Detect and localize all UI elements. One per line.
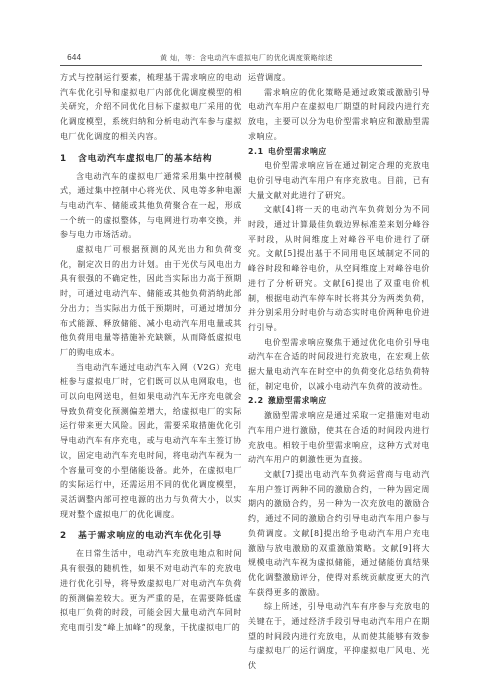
- paragraph: 文献[7]提出电动汽车负荷运营商与电动汽车用户签订两种不同的激励合约，一种为固定…: [248, 468, 430, 600]
- subsection-title: 激励型需求响应: [268, 396, 327, 405]
- paragraph: 需求响应的优化策略是通过政策或激励引导电动汽车用户在虚拟电厂期望的时间段内进行充…: [248, 86, 430, 145]
- paragraph: 电价型需求响应聚焦于通过优化电价引导电动汽车在合适的时间段进行充放电，在宏观上依…: [248, 336, 430, 395]
- paragraph: 当电动汽车通过电动汽车入网（V2G）充电桩参与虚拟电厂时，它们既可以从电网取电，…: [60, 361, 242, 523]
- paragraph: 方式与控制运行要素，梳理基于需求响应的电动汽车优化引导和虚拟电厂内部优化调度模型…: [60, 71, 242, 145]
- paragraph: 文献[4]将一天的电动汽车负荷划分为不同时段，通过计算最佳负载边界标准差来划分峰…: [248, 203, 430, 335]
- paragraph: 在日常生活中，电动汽车充放电地点和时间具有很强的随机性，如果不对电动汽车的充放电…: [60, 547, 242, 635]
- right-column: 运营调度。 需求响应的优化策略是通过政策或激励引导电动汽车用户在虚拟电厂期望的时…: [248, 71, 430, 673]
- paragraph: 电价型需求响应旨在通过制定合理的充放电电价引导电动汽车用户有序充放电。目前，已有…: [248, 159, 430, 203]
- section-number: 1: [60, 151, 78, 167]
- page-header: 644 黄 灿，等：含电动汽车虚拟电厂的优化调度策略综述: [60, 51, 422, 66]
- subsection-heading-2-2: 2.2激励型需求响应: [248, 394, 430, 409]
- subsection-title: 电价型需求响应: [268, 147, 327, 156]
- running-title: 黄 灿，等：含电动汽车虚拟电厂的优化调度策略综述: [160, 53, 422, 63]
- paragraph: 激励型需求响应是通过采取一定措施对电动汽车用户进行激励，使其在合适的时间段内进行…: [248, 409, 430, 468]
- paragraph: 综上所述，引导电动汽车有序参与充放电的关键在于，通过经济手段引导电动汽车用户在期…: [248, 600, 430, 673]
- subsection-heading-2-1: 2.1电价型需求响应: [248, 145, 430, 160]
- subsection-number: 2.1: [248, 145, 268, 160]
- subsection-number: 2.2: [248, 394, 268, 409]
- left-column: 方式与控制运行要素，梳理基于需求响应的电动汽车优化引导和虚拟电厂内部优化调度模型…: [60, 71, 242, 636]
- paragraph: 虚拟电厂可根据预测的风光出力和负荷变化，制定次日的出力计划。由于光伏与风电出力具…: [60, 243, 242, 361]
- section-title: 含电动汽车虚拟电厂的基本结构: [78, 154, 212, 164]
- page-number: 644: [67, 53, 81, 62]
- section-heading-1: 1含电动汽车虚拟电厂的基本结构: [60, 151, 242, 167]
- section-title: 基于需求响应的电动汽车优化引导: [78, 531, 222, 541]
- paragraph: 含电动汽车的虚拟电厂通常采用集中控制模式，通过集中控制中心将光伏、风电等多种电源…: [60, 170, 242, 244]
- paragraph: 运营调度。: [248, 71, 430, 86]
- section-heading-2: 2基于需求响应的电动汽车优化引导: [60, 528, 242, 544]
- section-number: 2: [60, 528, 78, 544]
